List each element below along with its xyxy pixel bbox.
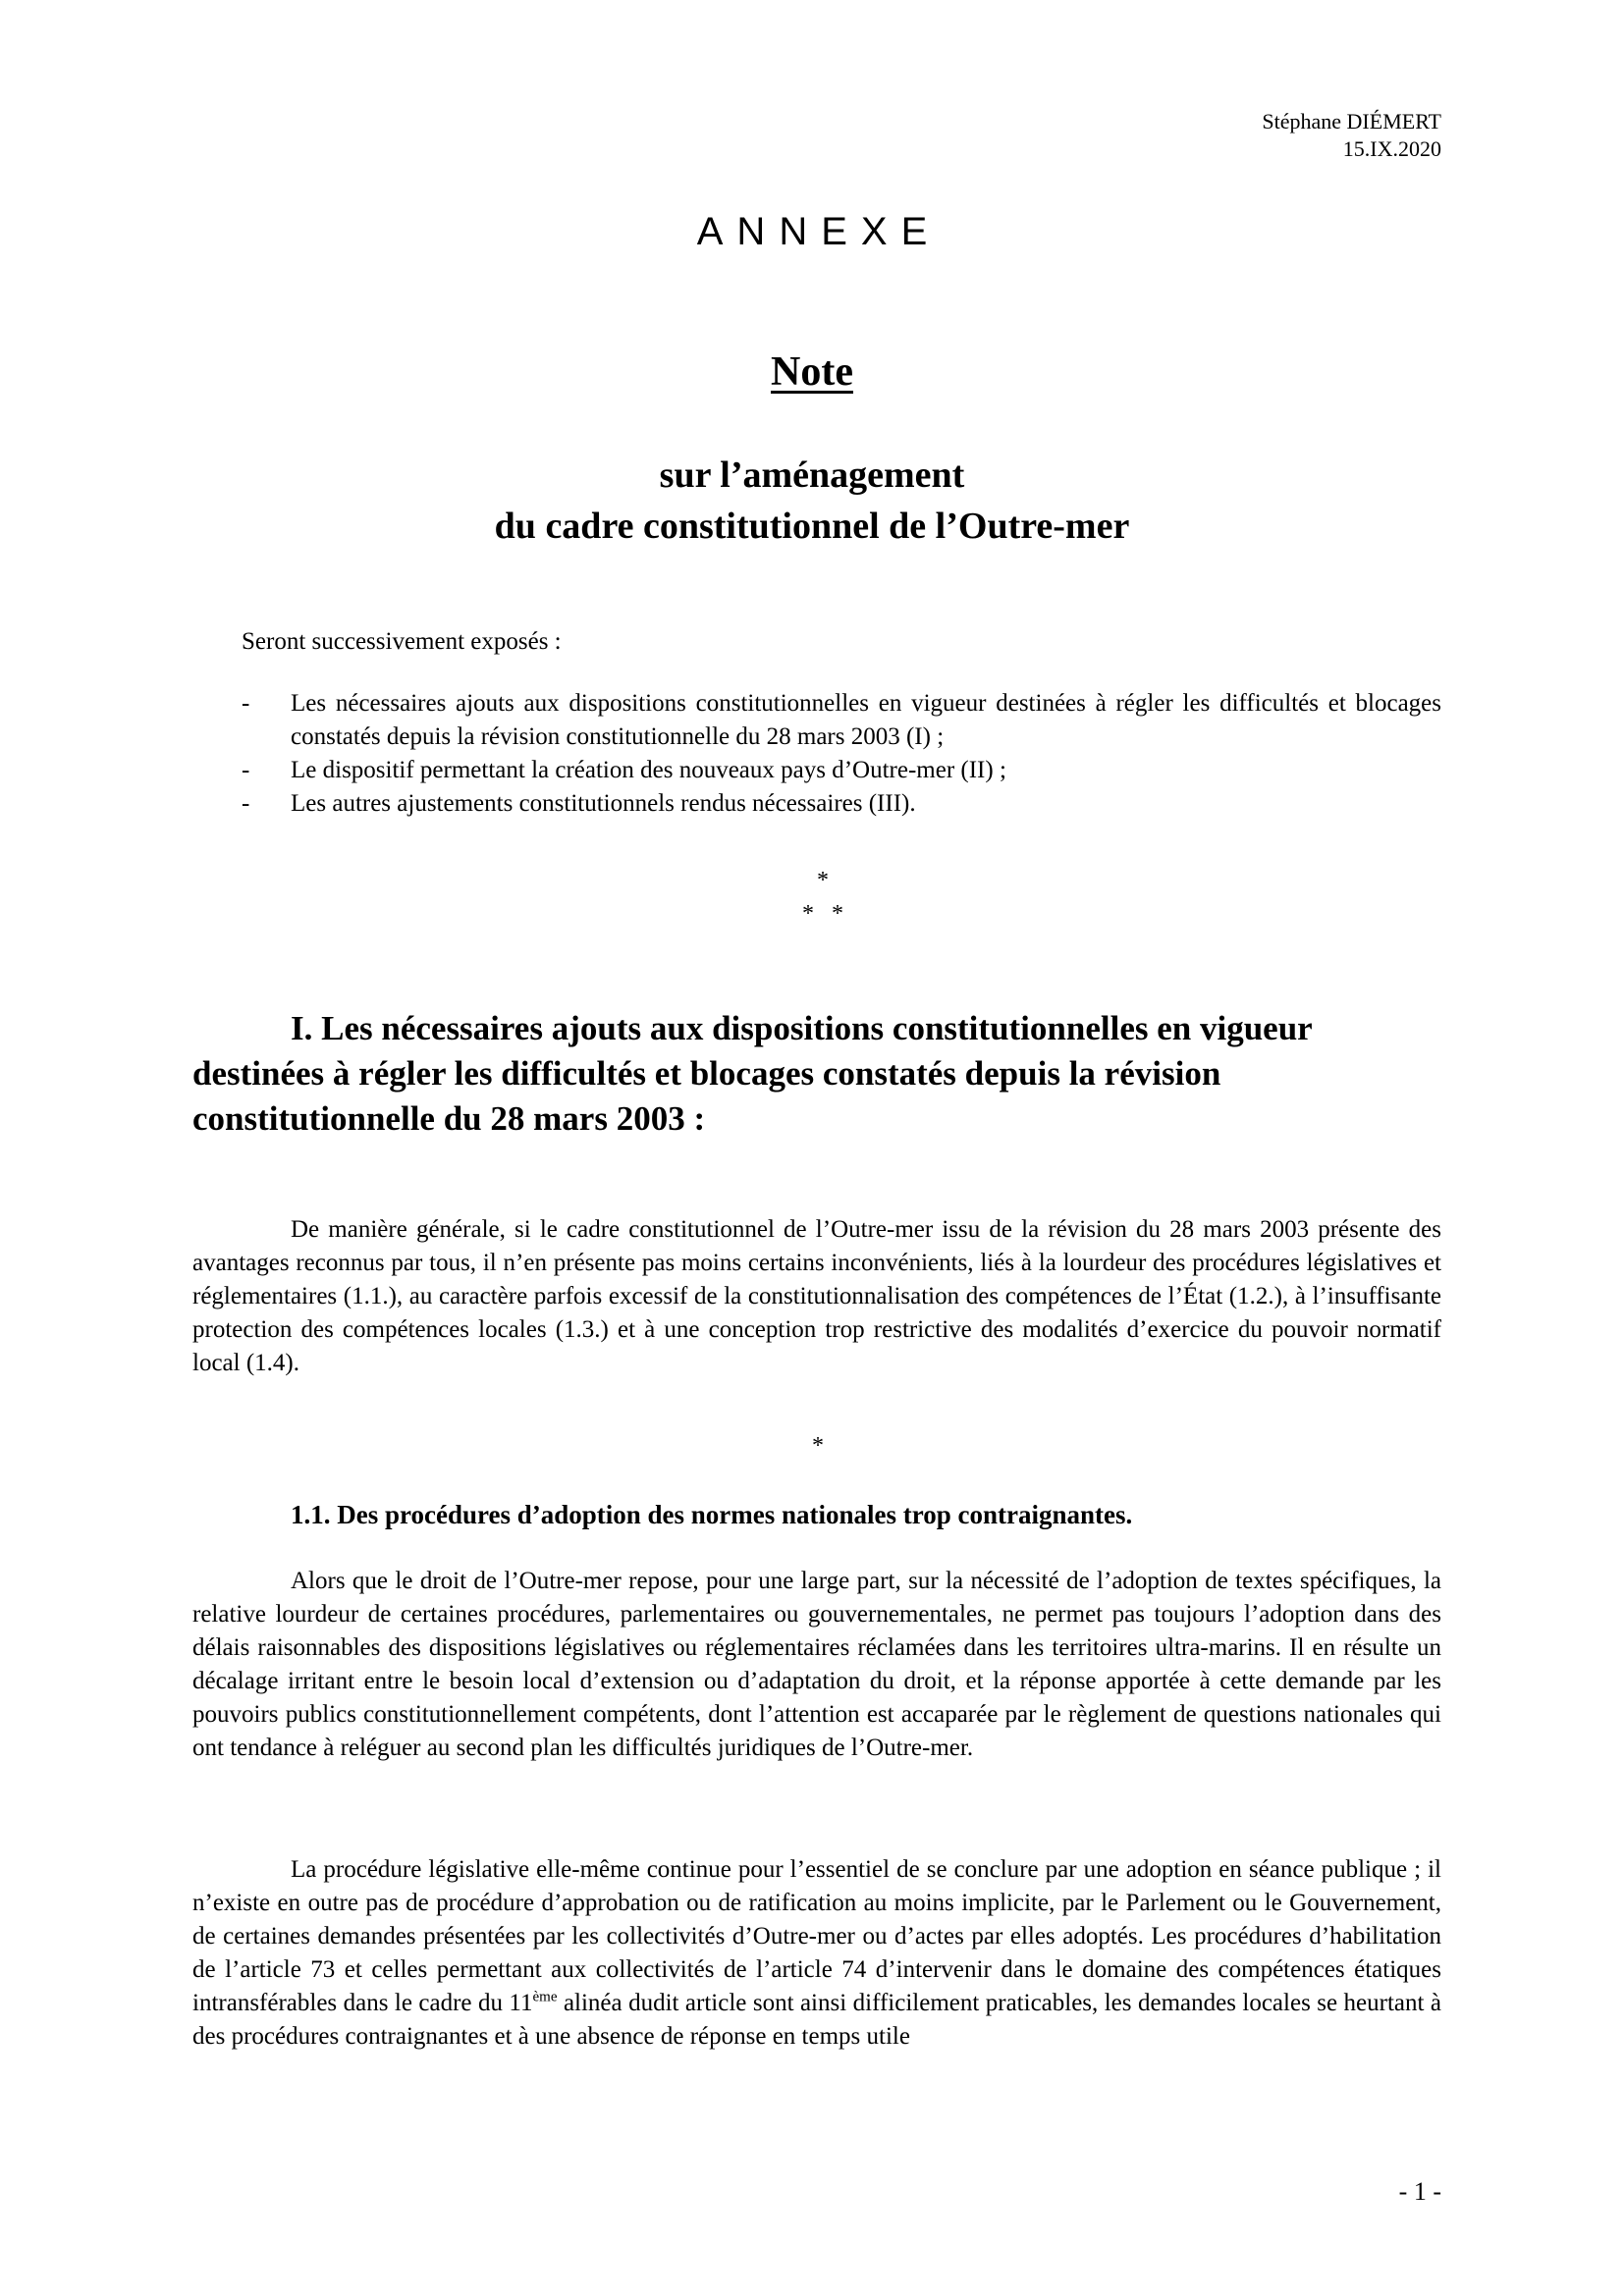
subtitle-line-1: sur l’aménagement — [0, 450, 1624, 501]
dash-bullet: - — [242, 754, 249, 787]
list-item: - Le dispositif permettant la création d… — [242, 754, 1441, 787]
intro-text: Seront successivement exposés : — [242, 625, 1441, 659]
outline-list: - Les nécessaires ajouts aux disposition… — [242, 687, 1441, 821]
section-1-heading-line-1: I. Les nécessaires ajouts aux dispositio… — [192, 1009, 1312, 1047]
subtitle-line-2: du cadre constitutionnel de l’Outre-mer — [0, 501, 1624, 552]
document-date: 15.IX.2020 — [1262, 135, 1441, 163]
subsection-1-1-paragraph-1: Alors que le droit de l’Outre-mer repose… — [192, 1565, 1441, 1765]
document-subtitle: sur l’aménagement du cadre constitutionn… — [0, 450, 1624, 552]
dash-bullet: - — [242, 687, 249, 721]
list-item: - Les nécessaires ajouts aux disposition… — [242, 687, 1441, 754]
section-1-heading: I. Les nécessaires ajouts aux dispositio… — [192, 1006, 1449, 1142]
page-number: - 1 - — [1399, 2177, 1441, 2207]
dash-bullet: - — [242, 787, 249, 821]
asterism-bottom-icon: * * — [22, 897, 1624, 931]
asterism-single-icon: * — [12, 1429, 1624, 1463]
section-1-paragraph: De manière générale, si le cadre constit… — [192, 1213, 1441, 1380]
list-item-text: Le dispositif permettant la création des… — [291, 757, 1006, 783]
ordinal-superscript: ème — [533, 1990, 558, 2005]
author-block: Stéphane DIÉMERT 15.IX.2020 — [1262, 108, 1441, 163]
asterism-top-icon: * — [22, 864, 1624, 897]
author-name: Stéphane DIÉMERT — [1262, 108, 1441, 135]
subsection-1-1-paragraph-2: La procédure législative elle-même conti… — [192, 1853, 1441, 2054]
note-title: Note — [0, 348, 1624, 396]
note-title-text: Note — [771, 349, 853, 395]
document-page: Stéphane DIÉMERT 15.IX.2020 ANNEXE Note … — [0, 0, 1624, 2296]
section-1-heading-rest: destinées à régler les difficultés et bl… — [192, 1054, 1220, 1138]
list-item-text: Les nécessaires ajouts aux dispositions … — [291, 690, 1441, 750]
list-item-text: Les autres ajustements constitutionnels … — [291, 790, 916, 817]
list-item: - Les autres ajustements constitutionnel… — [242, 787, 1441, 821]
subsection-1-1-heading: 1.1. Des procédures d’adoption des norme… — [291, 1498, 1132, 1531]
annexe-label: ANNEXE — [0, 210, 1624, 254]
